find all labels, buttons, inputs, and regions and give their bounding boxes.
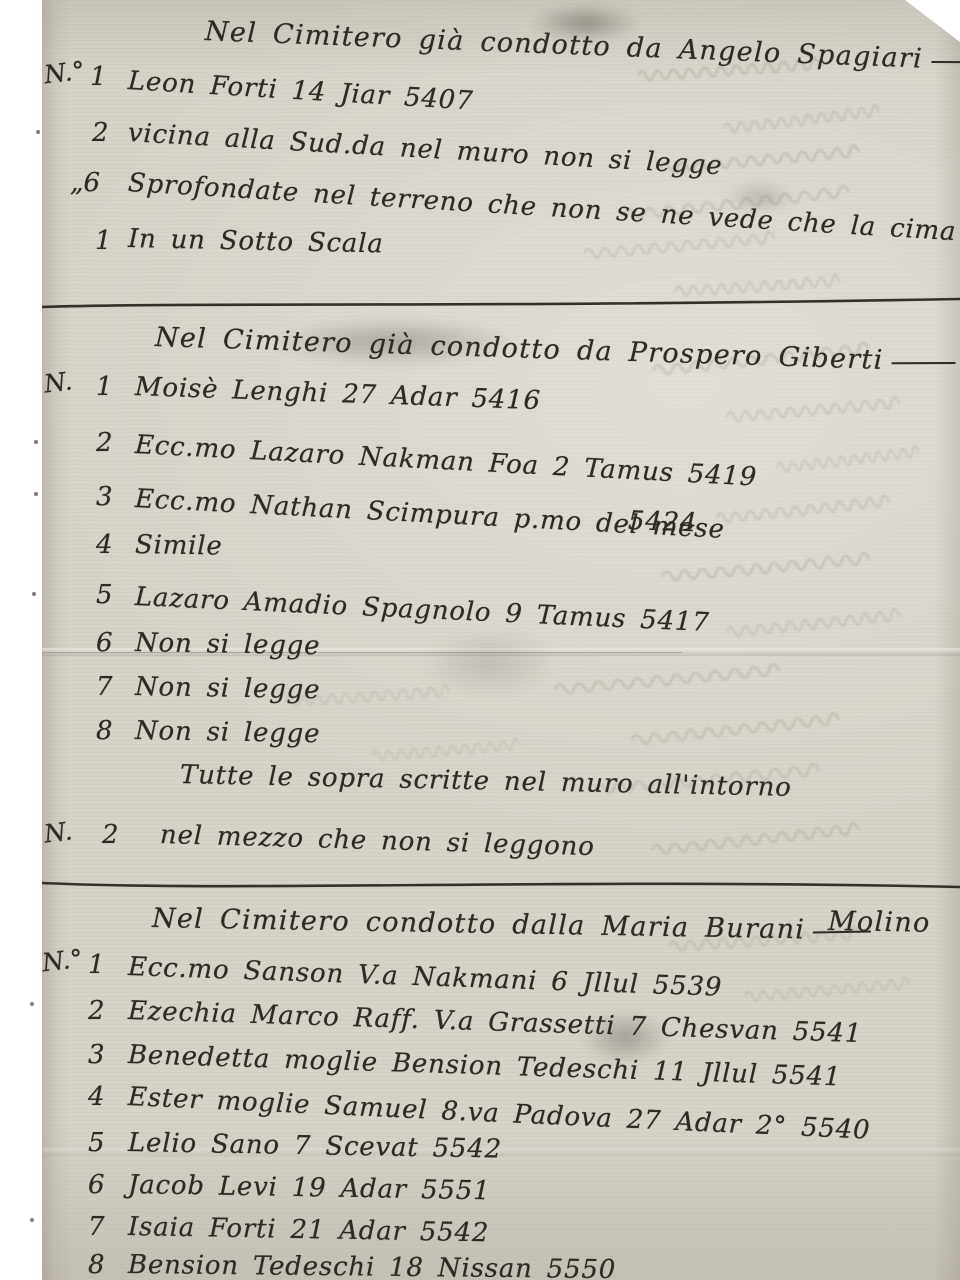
entry-number: 5: [96, 580, 113, 610]
margin-mark: [34, 492, 38, 496]
entry-number: 3: [96, 482, 113, 512]
number-column-label: N.: [42, 366, 74, 398]
section-divider-rule: [42, 876, 960, 894]
heading-flourish: [891, 362, 955, 364]
entry-number: 7: [88, 1212, 105, 1242]
section-heading-right: Molino: [828, 906, 931, 939]
margin-mark: [30, 1002, 34, 1006]
entry-text: Bension Tedeschi 18 Nissan 5550: [128, 1250, 616, 1280]
margin-mark: [36, 130, 40, 134]
entry-number: 1: [88, 950, 105, 980]
entry-number: „6: [70, 168, 100, 198]
entry-number: 6: [96, 628, 113, 658]
entry-number: 3: [88, 1040, 105, 1070]
entry-year-value: 5424: [627, 506, 697, 538]
entry-text: Non si legge: [135, 628, 321, 661]
heading-flourish: [931, 61, 960, 63]
entry-number: 1: [96, 372, 113, 402]
number-column-label: N.°: [42, 56, 86, 90]
entry-text: Non si legge: [135, 672, 321, 705]
entry-number: 2: [88, 996, 105, 1026]
entry-text: Jacob Levi 19 Adar 5551: [128, 1170, 491, 1206]
manuscript-scan: Nel Cimitero già condotto da Angelo Spag…: [0, 0, 960, 1280]
entry-number: 8: [96, 716, 113, 746]
entry-text: Non si legge: [135, 716, 321, 749]
entry-text: Isaia Forti 21 Adar 5542: [128, 1212, 490, 1248]
margin-mark: [34, 440, 38, 444]
number-column-label: N.°: [40, 944, 84, 978]
entry-number: 1: [90, 62, 107, 92]
entry-number: 6: [88, 1170, 105, 1200]
entry-number: 4: [88, 1082, 105, 1112]
entry-number: 5: [88, 1128, 105, 1158]
entry-number: 2: [102, 820, 119, 850]
number-column-label: N.: [42, 816, 74, 848]
entry-number: 2: [96, 428, 113, 458]
entry-number: 2: [92, 118, 109, 148]
entry-number: 8: [88, 1250, 105, 1280]
margin-mark: [32, 592, 36, 596]
entry-number: 4: [96, 530, 113, 560]
entry-text: Simile: [135, 530, 223, 562]
margin-mark: [30, 1218, 34, 1222]
section-divider-rule: [42, 296, 960, 312]
entry-number: 7: [96, 672, 113, 702]
entry-number: 1: [95, 226, 112, 256]
paper-corner: [905, 0, 960, 42]
ink-smudge: [420, 628, 560, 698]
entry-text: In un Sotto Scala: [128, 224, 384, 259]
